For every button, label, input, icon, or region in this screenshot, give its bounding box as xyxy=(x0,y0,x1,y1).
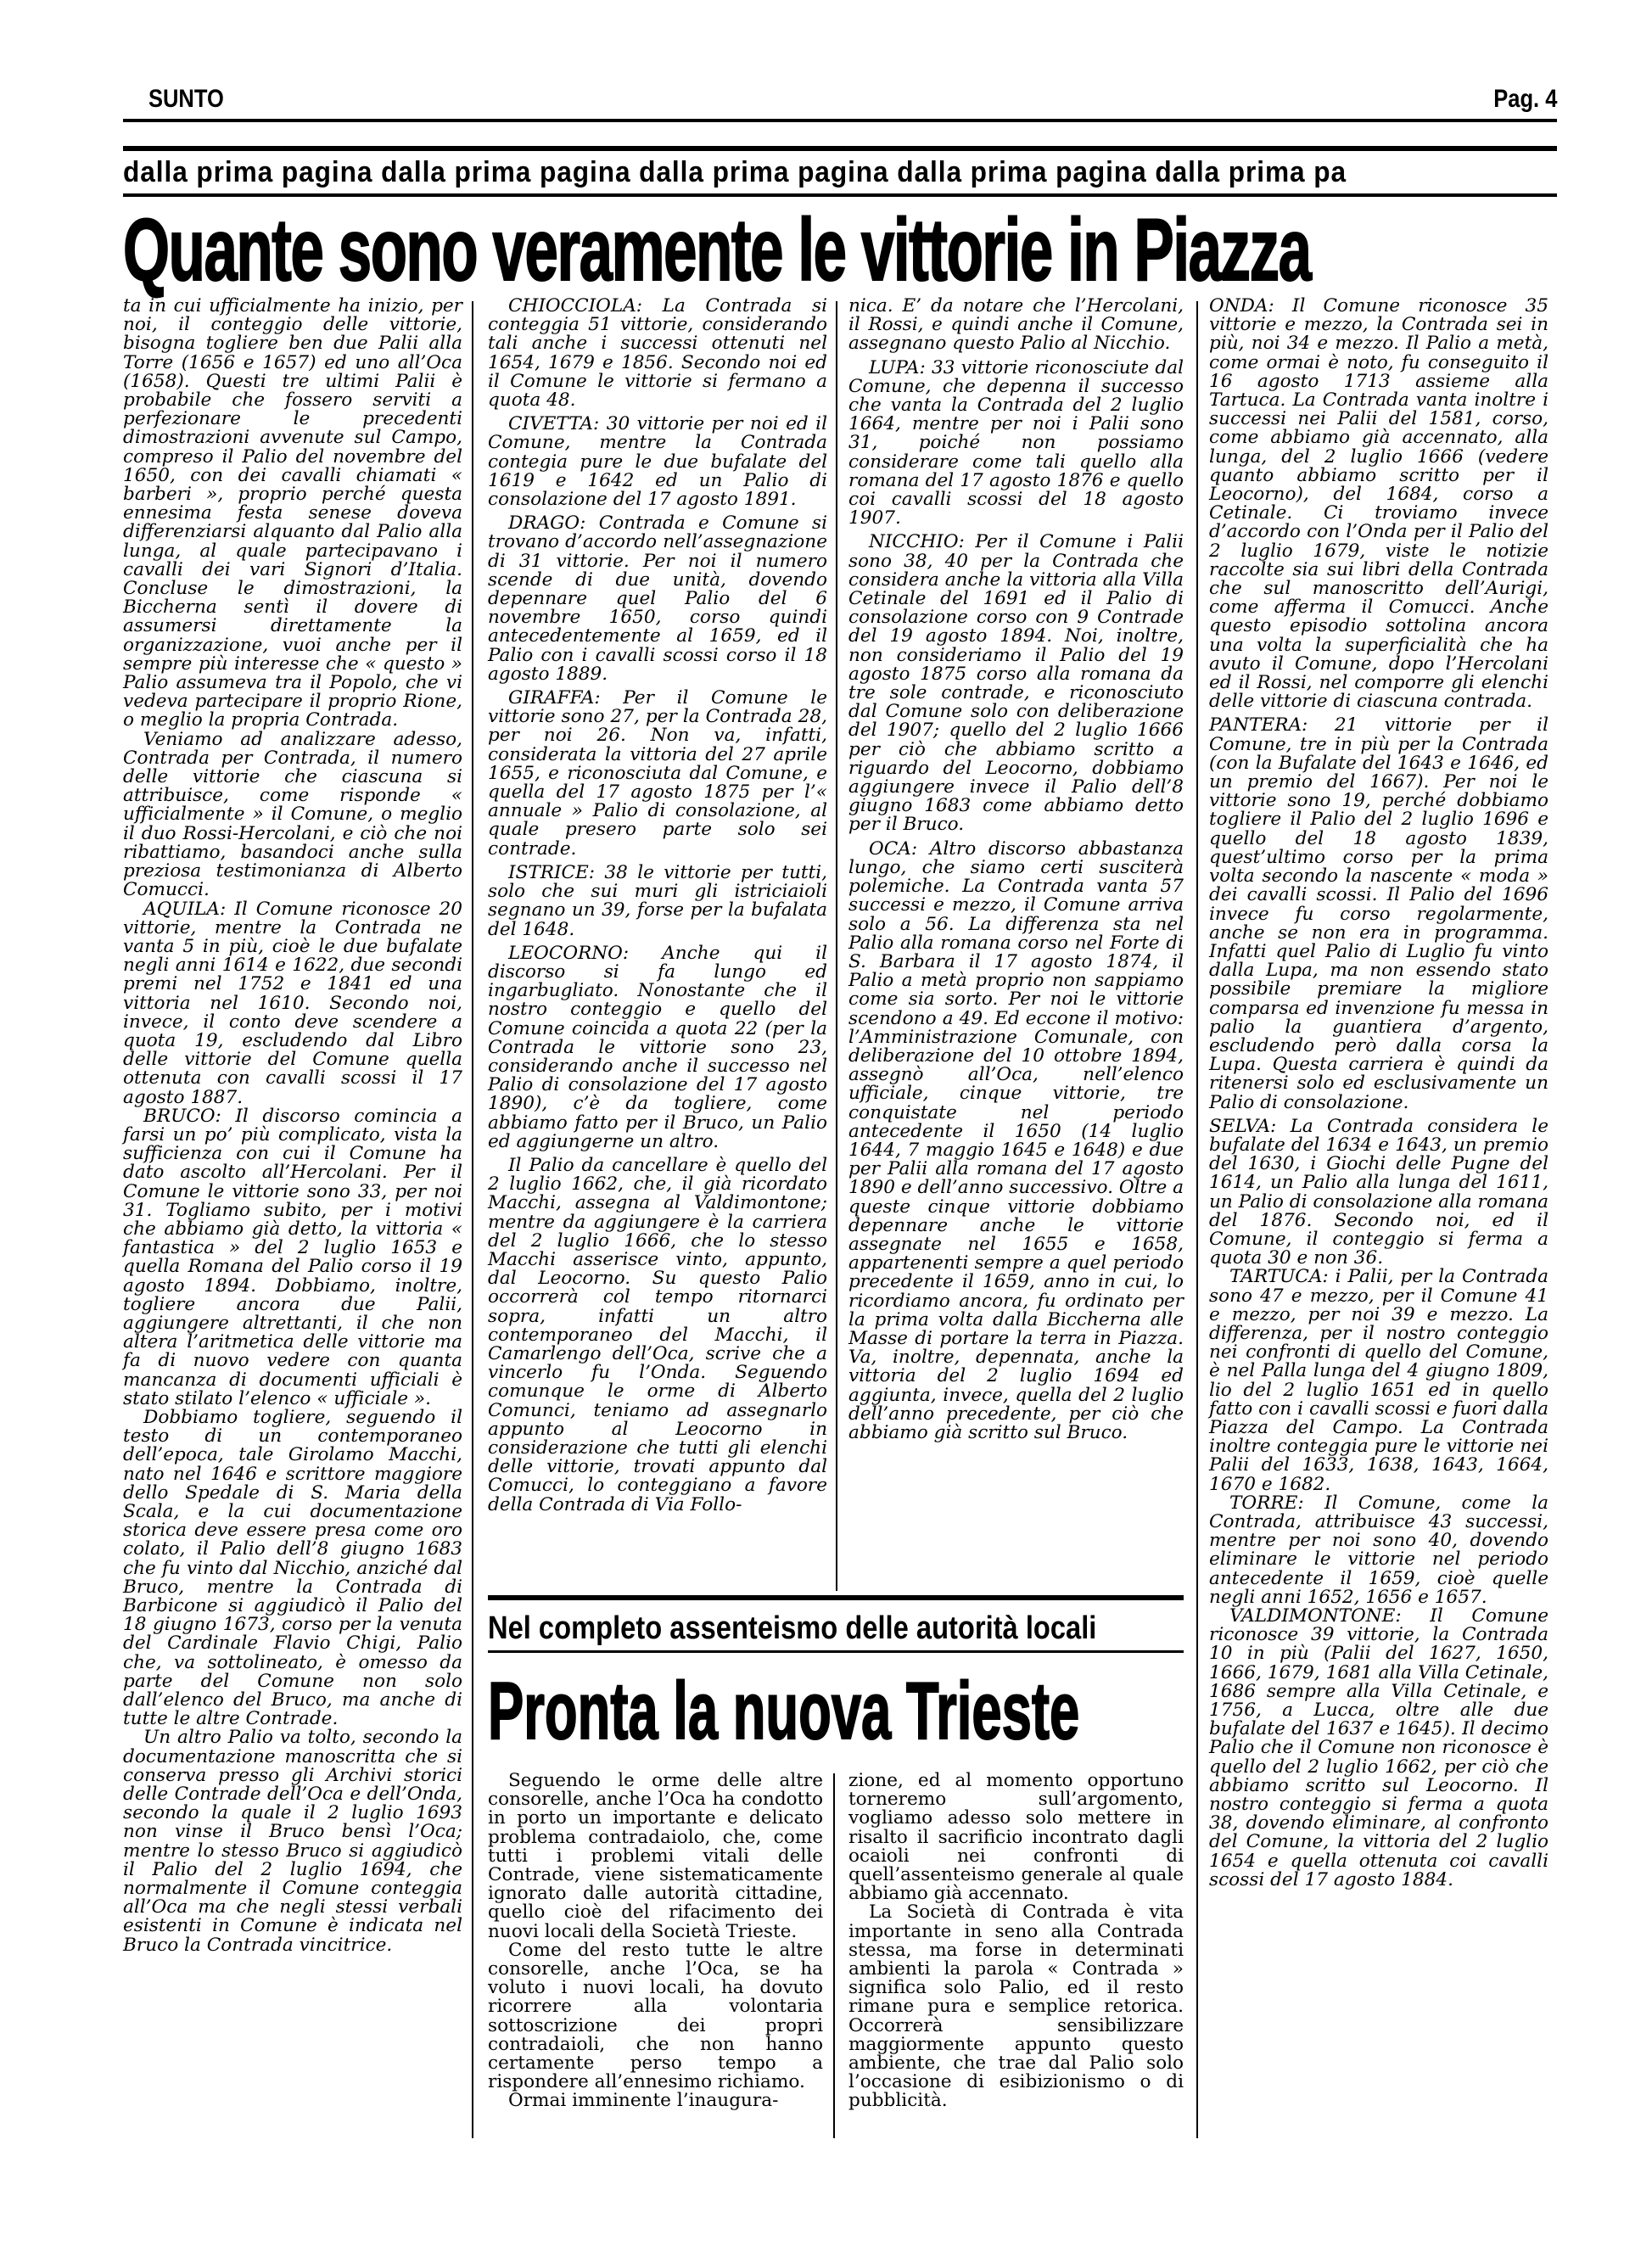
paragraph: PANTERA: 21 vittorie per il Comune, tre … xyxy=(1209,716,1548,1112)
main-column-2: CHIOCCIOLA: La Contrada si conteggia 51 … xyxy=(488,297,827,1591)
paragraph: DRAGO: Contrada e Comune si trovano d’ac… xyxy=(488,514,827,684)
secondary-column-2: zione, ed al momento opportuno torneremo… xyxy=(848,1772,1184,2145)
paragraph: Veniamo ad analizzare adesso, Contrada p… xyxy=(123,731,462,900)
paragraph: zione, ed al momento opportuno torneremo… xyxy=(848,1772,1184,1903)
main-column-1: ta in cui ufficialmente ha inizio, per n… xyxy=(123,297,462,2138)
paragraph: NICCHIO: Per il Comune i Palii sono 38, … xyxy=(848,533,1184,834)
paragraph: CIVETTA: 30 vittorie per noi ed il Comun… xyxy=(488,415,827,509)
secondary-headline-text: Pronta la nuova Trieste xyxy=(488,1665,1079,1758)
secondary-top-rule xyxy=(488,1595,1184,1600)
paragraph: TORRE: Il Comune, come la Contrada, attr… xyxy=(1209,1494,1548,1607)
column-divider xyxy=(1196,301,1198,2138)
paragraph: GIRAFFA: Per il Comune le vittorie sono … xyxy=(488,689,827,859)
paragraph: Il Palio da cancellare è quello del 2 lu… xyxy=(488,1157,827,1515)
kicker-bottom-rule xyxy=(123,193,1557,197)
paragraph: Ormai imminente l’inaugura- xyxy=(488,2092,823,2110)
paragraph: AQUILA: Il Comune riconosce 20 vittorie,… xyxy=(123,900,462,1107)
secondary-column-1: Seguendo le orme delle altre consorelle,… xyxy=(488,1772,823,2145)
main-headline: Quante sono veramente le vittorie in Pia… xyxy=(123,204,1557,297)
section-name: SUNTO xyxy=(148,85,224,114)
paragraph: ISTRICE: 38 le vittorie per tutti, solo … xyxy=(488,864,827,939)
main-column-3: nica. E’ da notare che l’Hercolani, il R… xyxy=(848,297,1184,1591)
paragraph: LEOCORNO: Anche qui il discorso si fa lu… xyxy=(488,944,827,1151)
paragraph: BRUCO: Il discorso comincia a farsi un p… xyxy=(123,1107,462,1409)
paragraph: LUPA: 33 vittorie riconosciute dal Comun… xyxy=(848,359,1184,529)
main-column-4: ONDA: Il Comune riconosce 35 vittorie e … xyxy=(1209,297,1548,2138)
paragraph: ta in cui ufficialmente ha inizio, per n… xyxy=(123,297,462,731)
paragraph: Seguendo le orme delle altre consorelle,… xyxy=(488,1772,823,1941)
paragraph: Come del resto tutte le altre consorelle… xyxy=(488,1941,823,2092)
kicker-text: dalla prima pagina dalla prima pagina da… xyxy=(123,156,1347,189)
paragraph: Un altro Palio va tolto, secondo la docu… xyxy=(123,1728,462,1954)
paragraph: La Società di Contrada è vita importante… xyxy=(848,1903,1184,2110)
column-divider xyxy=(836,301,837,1591)
secondary-kicker: Nel completo assenteismo delle autorità … xyxy=(488,1610,1184,1648)
paragraph: TARTUCA: i Palii, per la Contrada sono 4… xyxy=(1209,1268,1548,1493)
paragraph: Dobbiamo togliere, seguendo il testo di … xyxy=(123,1409,462,1728)
secondary-kicker-text: Nel completo assenteismo delle autorità … xyxy=(488,1610,1096,1647)
secondary-headline: Pronta la nuova Trieste xyxy=(488,1665,1184,1758)
paragraph: VALDIMONTONE: Il Comune riconosce 39 vit… xyxy=(1209,1607,1548,1890)
paragraph: nica. E’ da notare che l’Hercolani, il R… xyxy=(848,297,1184,354)
paragraph: OCA: Altro discorso abbastanza lungo, ch… xyxy=(848,840,1184,1443)
column-divider xyxy=(472,301,473,2138)
column-divider xyxy=(833,1773,835,2138)
running-head-rule xyxy=(123,119,1557,122)
page-number: Pag. 4 xyxy=(1493,85,1557,114)
paragraph: ONDA: Il Comune riconosce 35 vittorie e … xyxy=(1209,297,1548,711)
kicker-top-rule xyxy=(123,146,1557,151)
running-head: SUNTO Pag. 4 xyxy=(148,85,1557,119)
kicker-band: dalla prima pagina dalla prima pagina da… xyxy=(123,156,1557,190)
main-headline-text: Quante sono veramente le vittorie in Pia… xyxy=(123,204,1311,297)
paragraph: CHIOCCIOLA: La Contrada si conteggia 51 … xyxy=(488,297,827,410)
paragraph: SELVA: La Contrada considera le bufalate… xyxy=(1209,1117,1548,1269)
secondary-kicker-rule xyxy=(488,1650,1184,1653)
